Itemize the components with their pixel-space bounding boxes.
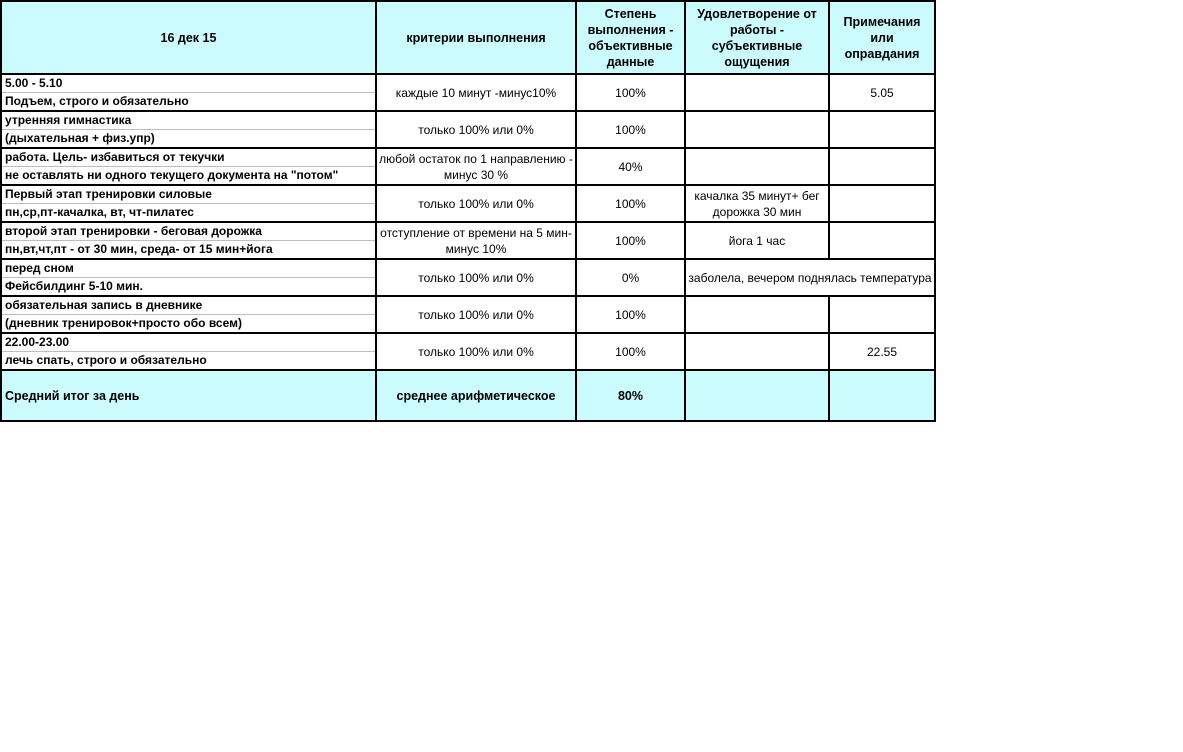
table-row: второй этап тренировки - беговая дорожка…	[1, 222, 935, 259]
objective-value: 100%	[577, 122, 684, 138]
notes-cell[interactable]	[829, 222, 935, 259]
summary-title-cell[interactable]: Средний итог за день	[1, 370, 376, 421]
header-criteria-cell[interactable]: критерии выполнения	[376, 1, 576, 74]
summary-notes-cell[interactable]	[829, 370, 935, 421]
criteria-cell[interactable]: только 100% или 0%	[376, 111, 576, 148]
notes-cell[interactable]	[829, 185, 935, 222]
table-row: Первый этап тренировки силовые пн,ср,пт-…	[1, 185, 935, 222]
header-objective: Степень выполнения - объективные данные	[577, 6, 684, 70]
task-description: пн,вт,чт,пт - от 30 мин, среда- от 15 ми…	[2, 241, 375, 258]
table-row: перед сном Фейсбилдинг 5-10 мин. только …	[1, 259, 935, 296]
subjective-cell[interactable]	[685, 333, 829, 370]
subjective-text: заболела, вечером поднялась температура	[686, 270, 934, 286]
objective-value: 100%	[577, 344, 684, 360]
task-description: лечь спать, строго и обязательно	[2, 352, 375, 369]
header-date: 16 дек 15	[2, 30, 375, 46]
task-time-or-title: перед сном	[2, 260, 375, 278]
task-description: Фейсбилдинг 5-10 мин.	[2, 278, 375, 295]
table-row: обязательная запись в дневнике (дневник …	[1, 296, 935, 333]
subjective-cell[interactable]	[685, 74, 829, 111]
table-row: работа. Цель- избавиться от текучки не о…	[1, 148, 935, 185]
header-notes-cell[interactable]: Примечания или оправдания	[829, 1, 935, 74]
objective-value: 40%	[577, 159, 684, 175]
objective-cell[interactable]: 40%	[576, 148, 685, 185]
summary-objective-cell[interactable]: 80%	[576, 370, 685, 421]
task-cell[interactable]: второй этап тренировки - беговая дорожка…	[1, 222, 376, 259]
objective-cell[interactable]: 100%	[576, 333, 685, 370]
objective-cell[interactable]: 0%	[576, 259, 685, 296]
header-criteria: критерии выполнения	[377, 30, 575, 46]
task-time-or-title: 5.00 - 5.10	[2, 75, 375, 93]
header-date-cell[interactable]: 16 дек 15	[1, 1, 376, 74]
subjective-cell[interactable]	[685, 111, 829, 148]
objective-cell[interactable]: 100%	[576, 296, 685, 333]
task-time-or-title: Первый этап тренировки силовые	[2, 186, 375, 204]
task-cell[interactable]: обязательная запись в дневнике (дневник …	[1, 296, 376, 333]
task-time-or-title: утренняя гимнастика	[2, 112, 375, 130]
criteria-text: только 100% или 0%	[377, 344, 575, 360]
criteria-text: каждые 10 минут -минус10%	[377, 85, 575, 101]
table-row: 22.00-23.00 лечь спать, строго и обязате…	[1, 333, 935, 370]
table-row: утренняя гимнастика (дыхательная + физ.у…	[1, 111, 935, 148]
summary-criteria-cell[interactable]: среднее арифметическое	[376, 370, 576, 421]
objective-cell[interactable]: 100%	[576, 111, 685, 148]
task-description: (дыхательная + физ.упр)	[2, 130, 375, 147]
notes-cell[interactable]: 5.05	[829, 74, 935, 111]
criteria-text: только 100% или 0%	[377, 122, 575, 138]
header-row: 16 дек 15 критерии выполнения Степень вы…	[1, 1, 935, 74]
task-time-or-title: второй этап тренировки - беговая дорожка	[2, 223, 375, 241]
criteria-cell[interactable]: только 100% или 0%	[376, 185, 576, 222]
subjective-text: йога 1 час	[686, 233, 828, 249]
objective-cell[interactable]: 100%	[576, 185, 685, 222]
notes-cell[interactable]	[829, 148, 935, 185]
notes-text: 22.55	[830, 344, 934, 360]
subjective-cell[interactable]: заболела, вечером поднялась температура	[685, 259, 935, 296]
task-description: Подъем, строго и обязательно	[2, 93, 375, 110]
subjective-cell[interactable]	[685, 296, 829, 333]
task-cell[interactable]: 22.00-23.00 лечь спать, строго и обязате…	[1, 333, 376, 370]
daily-plan-table: 16 дек 15 критерии выполнения Степень вы…	[0, 0, 936, 422]
criteria-cell[interactable]: каждые 10 минут -минус10%	[376, 74, 576, 111]
subjective-cell[interactable]	[685, 148, 829, 185]
criteria-cell[interactable]: только 100% или 0%	[376, 296, 576, 333]
summary-criteria: среднее арифметическое	[397, 389, 556, 403]
subjective-cell[interactable]: качалка 35 минут+ бег дорожка 30 мин	[685, 185, 829, 222]
criteria-text: отступление от времени на 5 мин- минус 1…	[377, 225, 575, 257]
summary-title: Средний итог за день	[5, 389, 140, 403]
subjective-cell[interactable]: йога 1 час	[685, 222, 829, 259]
objective-cell[interactable]: 100%	[576, 74, 685, 111]
objective-value: 100%	[577, 196, 684, 212]
header-objective-cell[interactable]: Степень выполнения - объективные данные	[576, 1, 685, 74]
task-time-or-title: работа. Цель- избавиться от текучки	[2, 149, 375, 167]
header-subjective-cell[interactable]: Удовлетворение от работы - субъективные …	[685, 1, 829, 74]
criteria-text: только 100% или 0%	[377, 196, 575, 212]
summary-objective: 80%	[618, 389, 643, 403]
task-description: (дневник тренировок+просто обо всем)	[2, 315, 375, 332]
criteria-text: только 100% или 0%	[377, 307, 575, 323]
header-notes: Примечания или оправдания	[830, 14, 934, 62]
summary-subjective-cell[interactable]	[685, 370, 829, 421]
objective-value: 100%	[577, 307, 684, 323]
notes-cell[interactable]	[829, 296, 935, 333]
summary-row: Средний итог за день среднее арифметичес…	[1, 370, 935, 421]
notes-text: 5.05	[830, 85, 934, 101]
subjective-text: качалка 35 минут+ бег дорожка 30 мин	[686, 188, 828, 220]
objective-value: 100%	[577, 85, 684, 101]
task-time-or-title: 22.00-23.00	[2, 334, 375, 352]
task-cell[interactable]: 5.00 - 5.10 Подъем, строго и обязательно	[1, 74, 376, 111]
criteria-text: любой остаток по 1 направлению - минус 3…	[377, 151, 575, 183]
criteria-cell[interactable]: только 100% или 0%	[376, 259, 576, 296]
header-subjective: Удовлетворение от работы - субъективные …	[686, 6, 828, 70]
notes-cell[interactable]	[829, 111, 935, 148]
task-description: пн,ср,пт-качалка, вт, чт-пилатес	[2, 204, 375, 221]
task-cell[interactable]: перед сном Фейсбилдинг 5-10 мин.	[1, 259, 376, 296]
task-time-or-title: обязательная запись в дневнике	[2, 297, 375, 315]
objective-value: 100%	[577, 233, 684, 249]
task-cell[interactable]: работа. Цель- избавиться от текучки не о…	[1, 148, 376, 185]
criteria-cell[interactable]: отступление от времени на 5 мин- минус 1…	[376, 222, 576, 259]
objective-cell[interactable]: 100%	[576, 222, 685, 259]
task-cell[interactable]: Первый этап тренировки силовые пн,ср,пт-…	[1, 185, 376, 222]
criteria-cell[interactable]: любой остаток по 1 направлению - минус 3…	[376, 148, 576, 185]
task-description: не оставлять ни одного текущего документ…	[2, 167, 375, 184]
objective-value: 0%	[577, 270, 684, 286]
task-cell[interactable]: утренняя гимнастика (дыхательная + физ.у…	[1, 111, 376, 148]
notes-cell[interactable]: 22.55	[829, 333, 935, 370]
criteria-text: только 100% или 0%	[377, 270, 575, 286]
criteria-cell[interactable]: только 100% или 0%	[376, 333, 576, 370]
table-row: 5.00 - 5.10 Подъем, строго и обязательно…	[1, 74, 935, 111]
